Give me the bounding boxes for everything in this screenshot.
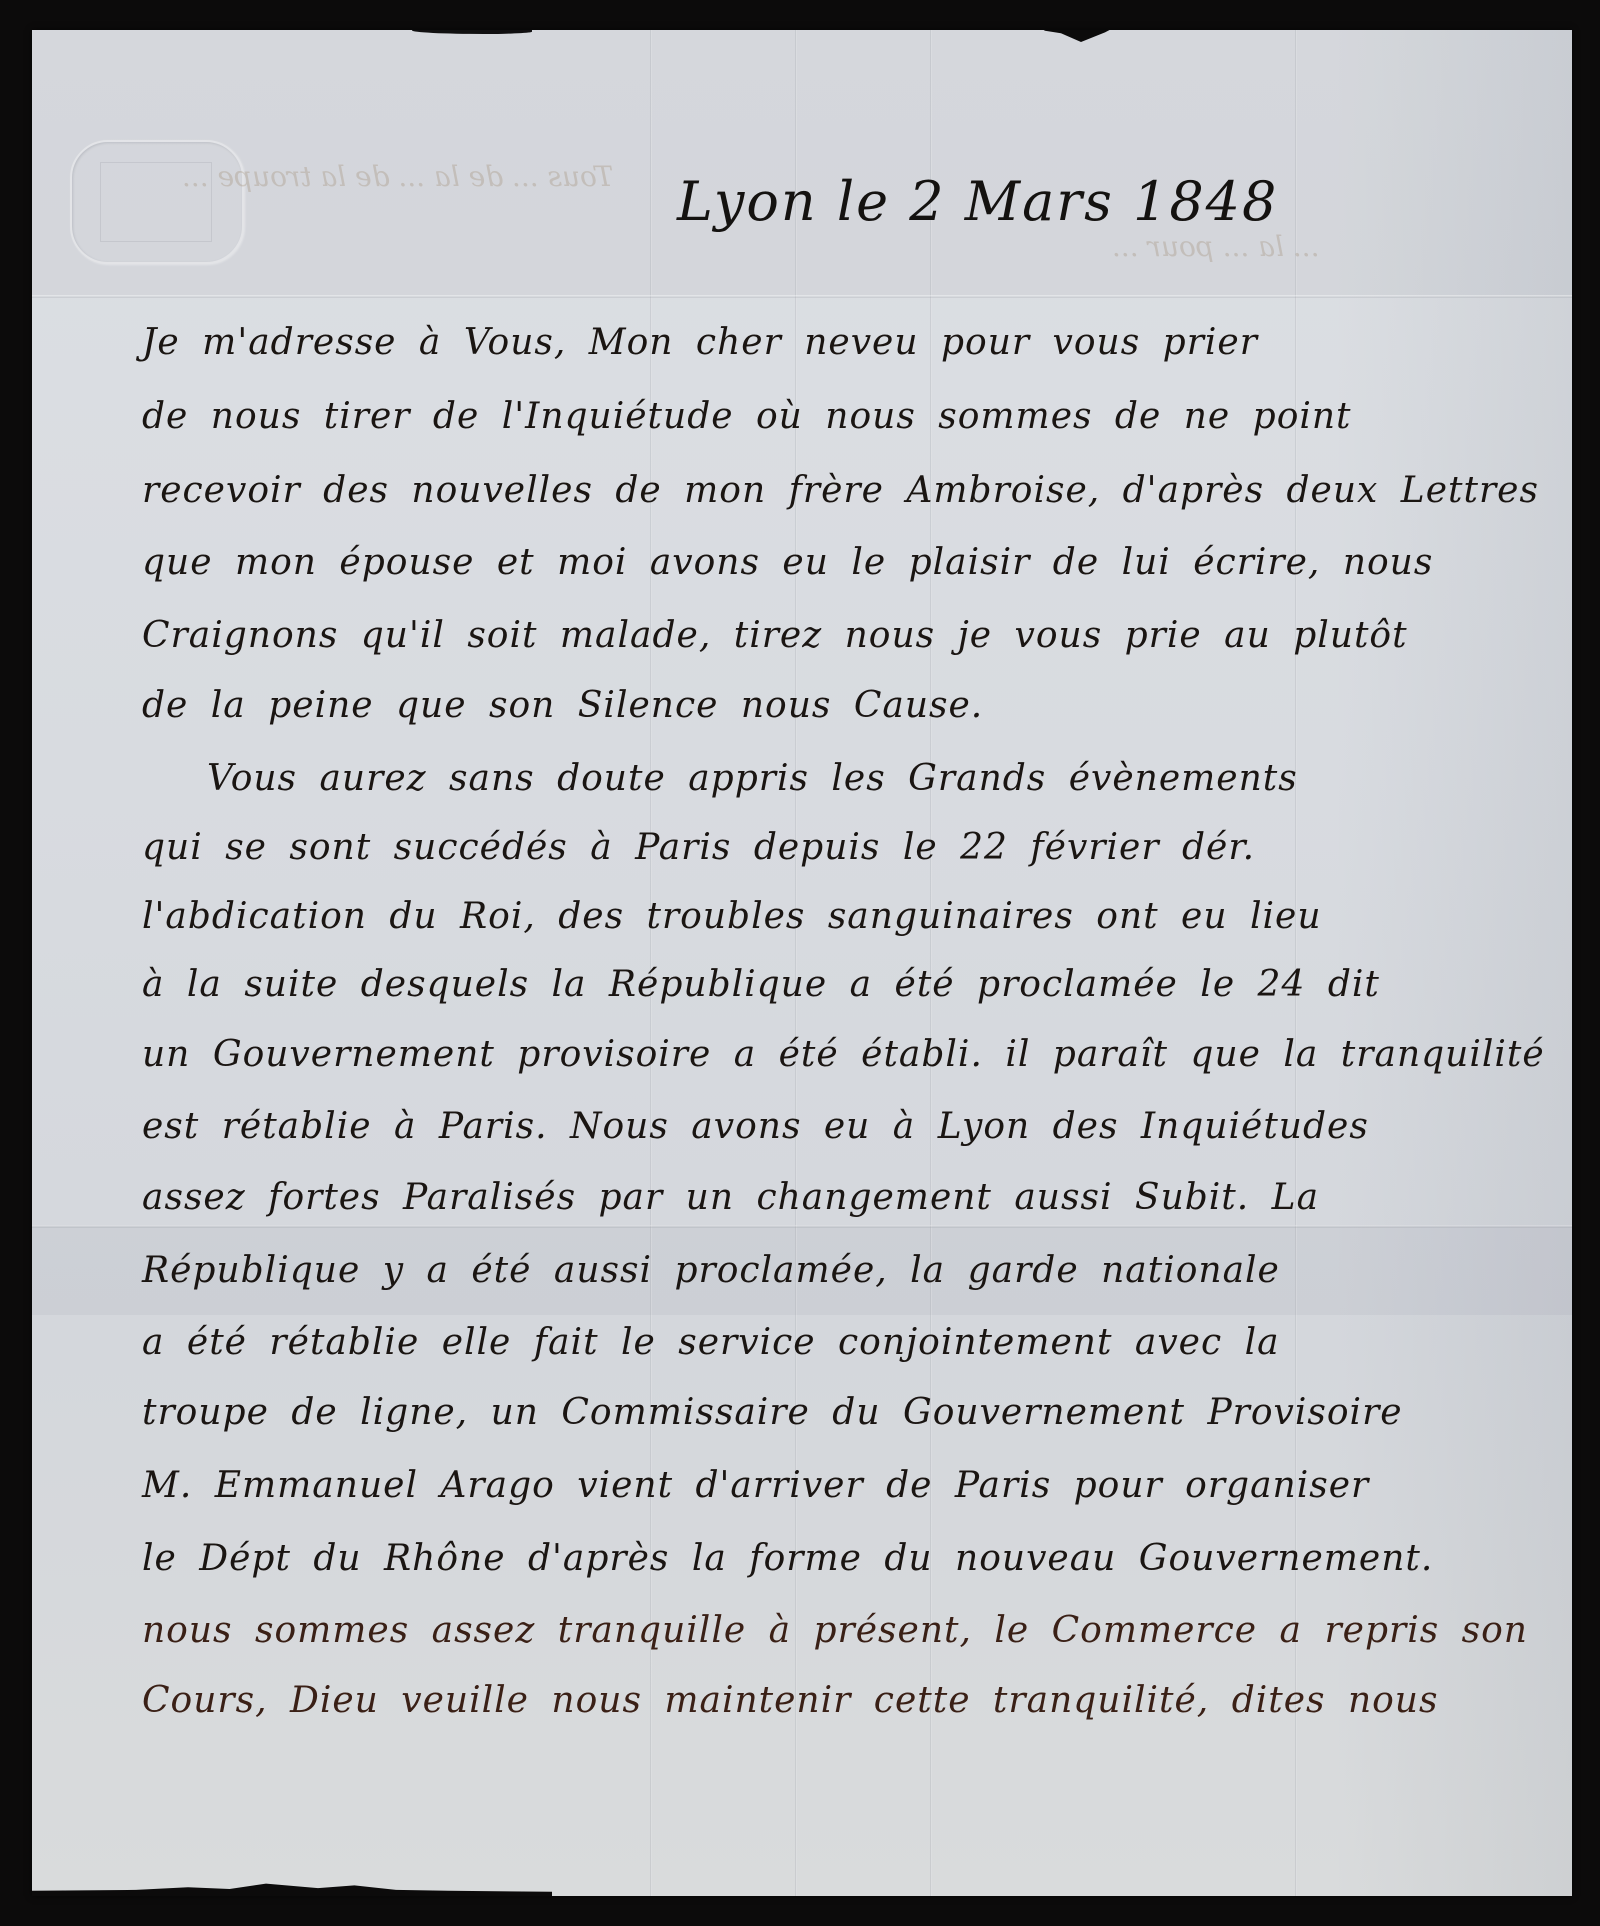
letter-line: M. Emmanuel Arago vient d'arriver de Par… (142, 1465, 1562, 1506)
letter-line: République y a été aussi proclamée, la g… (142, 1250, 1562, 1291)
letter-line: que mon épouse et moi avons eu le plaisi… (142, 542, 1562, 583)
horizontal-fold (32, 1225, 1572, 1228)
letter-sheet: Tous ... de la ... de la troupe ... ... … (32, 30, 1572, 1896)
letter-line: l'abdication du Roi, des troubles sangui… (142, 896, 1562, 937)
letter-line: Cours, Dieu veuille nous maintenir cette… (142, 1680, 1562, 1721)
letter-line: Craignons qu'il soit malade, tirez nous … (142, 615, 1562, 656)
letter-line: troupe de ligne, un Commissaire du Gouve… (142, 1392, 1562, 1433)
letter-line: assez fortes Paralisés par un changement… (142, 1177, 1562, 1218)
letter-line: de nous tirer de l'Inquiétude où nous so… (142, 396, 1562, 437)
letter-line: de la peine que son Silence nous Cause. (142, 685, 1562, 726)
show-through-text: ... la ... pour ... (1112, 230, 1320, 263)
letter-line: Vous aurez sans doute appris les Grands … (207, 758, 1572, 799)
embossed-stamp-icon (70, 140, 244, 264)
letter-line: qui se sont succédés à Paris depuis le 2… (142, 827, 1562, 868)
letter-line: nous sommes assez tranquille à présent, … (142, 1610, 1562, 1651)
letter-line: Je m'adresse à Vous, Mon cher neveu pour… (142, 322, 1562, 363)
torn-edge (32, 1880, 552, 1896)
letter-line: un Gouvernement provisoire a été établi.… (142, 1034, 1562, 1075)
horizontal-fold (32, 295, 1572, 298)
letter-line: est rétablie à Paris. Nous avons eu à Ly… (142, 1106, 1562, 1147)
letter-line: recevoir des nouvelles de mon frère Ambr… (142, 470, 1562, 511)
letter-dateline: Lyon le 2 Mars 1848 (677, 170, 1278, 233)
letter-line: à la suite desquels la République a été … (142, 964, 1562, 1005)
letter-line: le Dépt du Rhône d'après la forme du nou… (142, 1538, 1562, 1579)
letter-line: a été rétablie elle fait le service conj… (142, 1322, 1562, 1363)
show-through-text: Tous ... de la ... de la troupe ... (182, 160, 613, 193)
